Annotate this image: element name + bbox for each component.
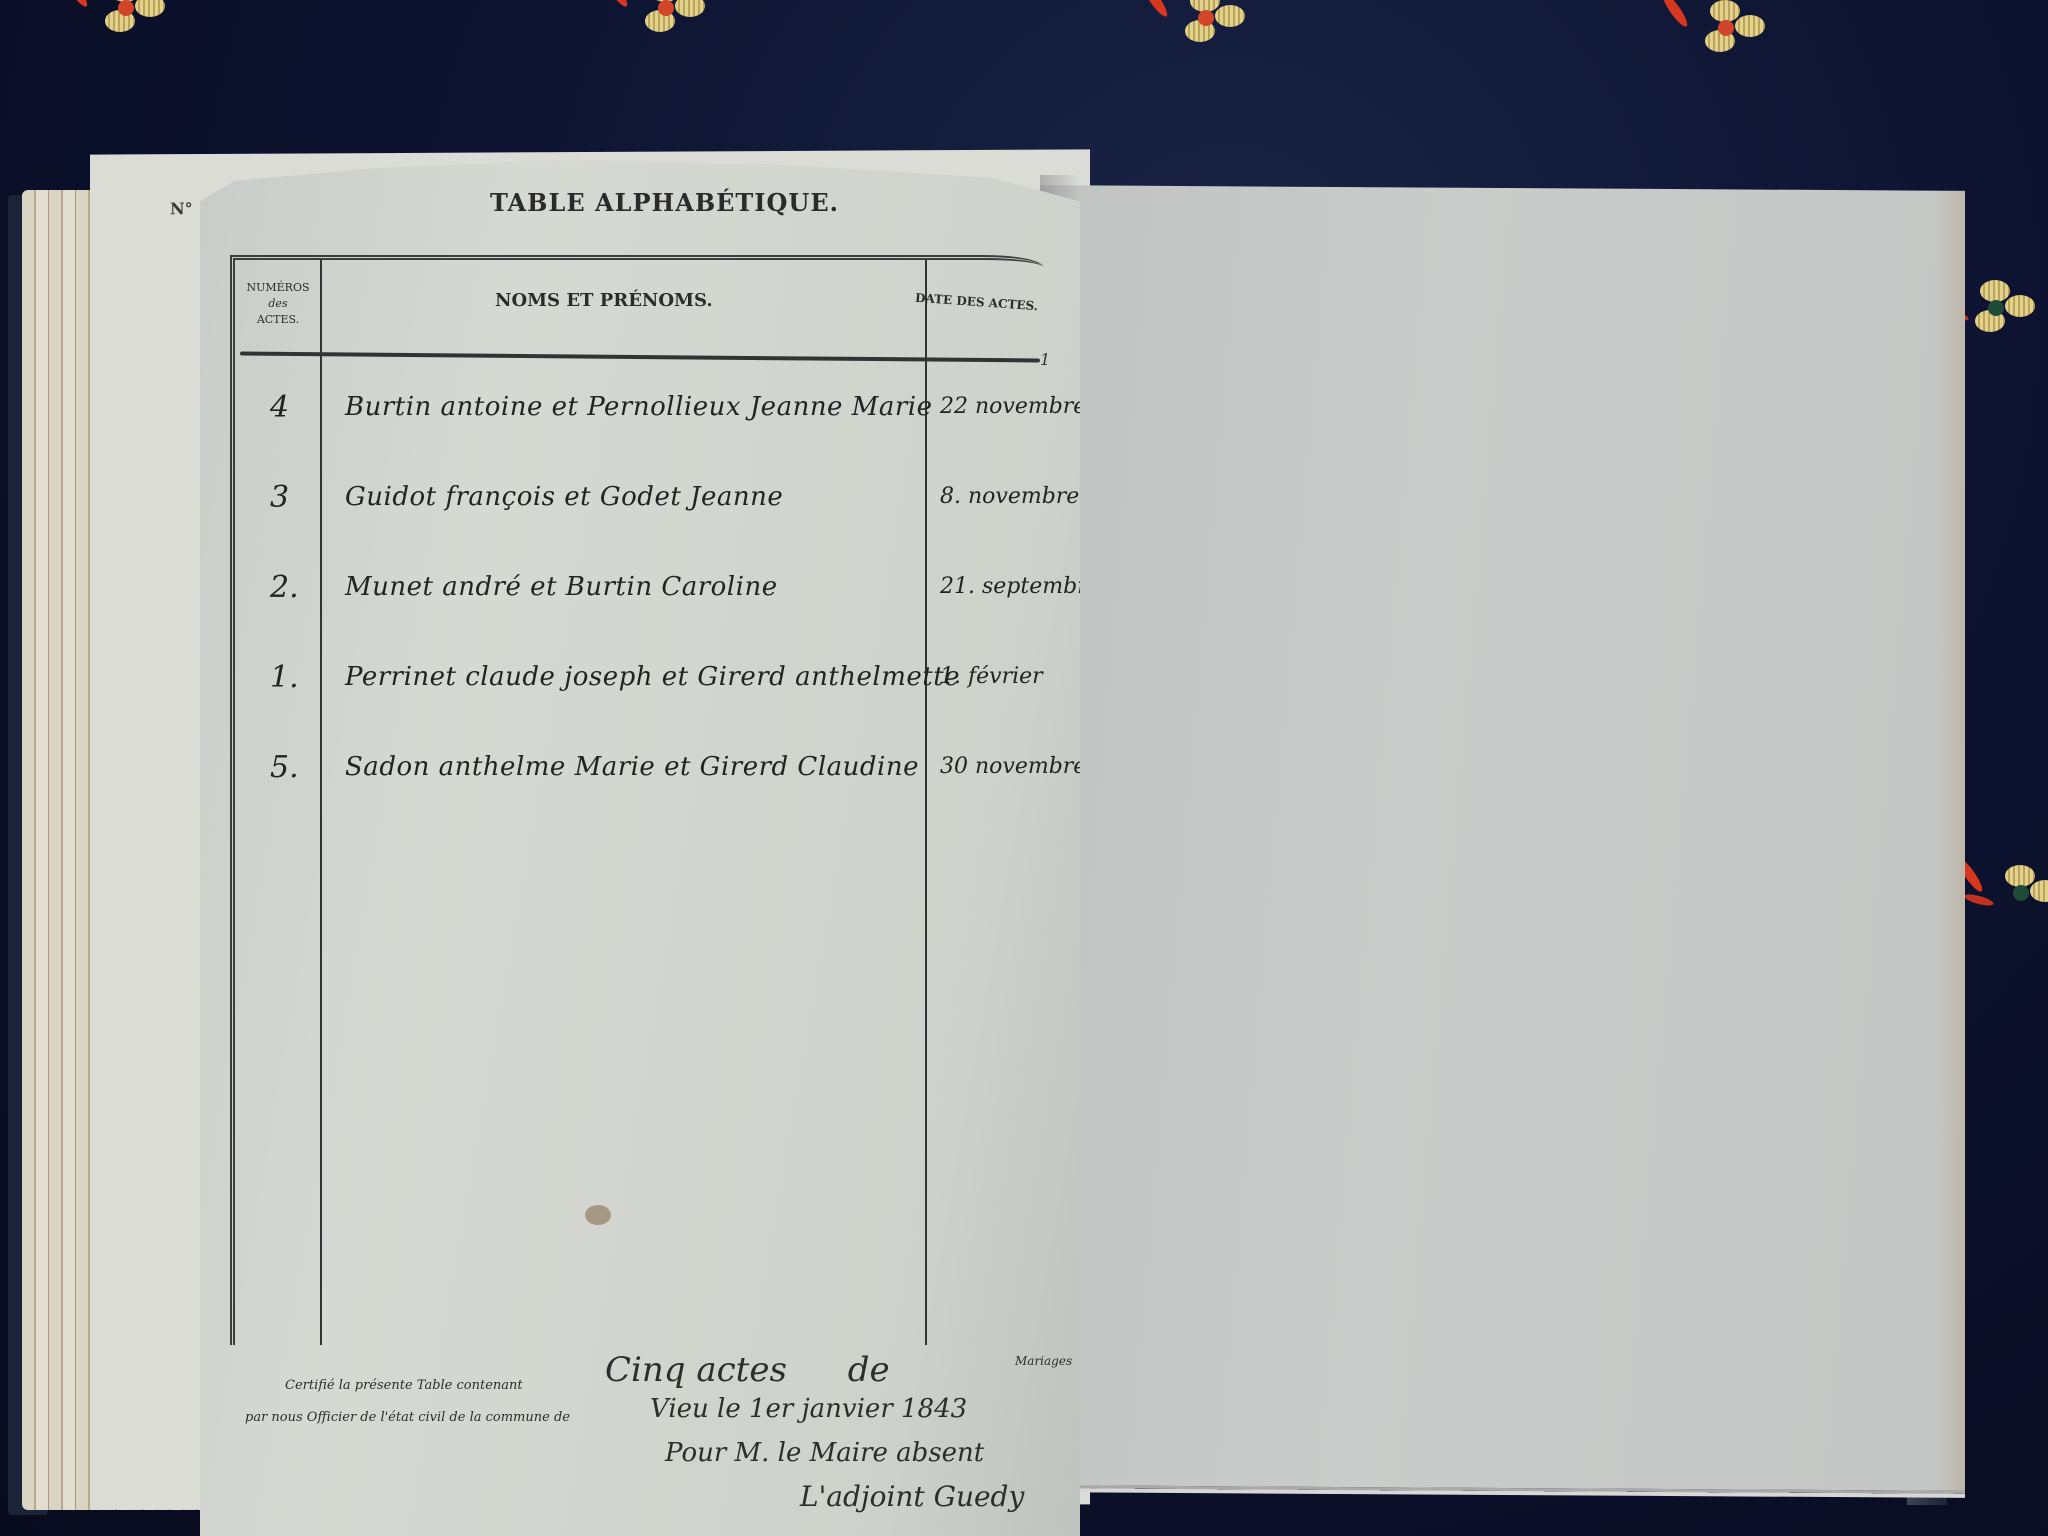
cert-printed-line-2: par nous Officier de l'état civil de la … xyxy=(245,1410,570,1425)
header-line: NUMÉROS xyxy=(243,280,313,296)
signature-line-2: L'adjoint Guedy xyxy=(800,1480,1024,1513)
spouse-names: Perrinet claude joseph et Girerd anthelm… xyxy=(345,662,960,692)
fabric-flower-icon xyxy=(1140,0,1250,60)
fabric-flower-icon xyxy=(60,0,170,50)
cert-marriages-label: Mariages xyxy=(1015,1354,1072,1368)
table-row: 2. Munet andré et Burtin Caroline 21. se… xyxy=(235,560,1043,620)
corner-mark: 1 xyxy=(1040,350,1050,369)
act-count: Cinq actes xyxy=(605,1350,787,1390)
act-date: 21. septembre xyxy=(940,574,1101,599)
spouse-names: Guidot françois et Godet Jeanne xyxy=(345,482,783,512)
header-divider xyxy=(240,352,1040,363)
number-label: N° xyxy=(170,199,193,218)
act-number: 4 xyxy=(270,390,289,425)
spouse-names: Burtin antoine et Pernollieux Jeanne Mar… xyxy=(345,392,932,422)
register-table: NUMÉROS des ACTES. NOMS ET PRÉNOMS. DATE… xyxy=(230,255,1043,1345)
table-row: 1. Perrinet claude joseph et Girerd anth… xyxy=(235,650,1043,710)
act-date: 22 novembre xyxy=(940,394,1086,419)
spouse-names: Sadon anthelme Marie et Girerd Claudine xyxy=(345,752,919,782)
act-number: 1. xyxy=(270,660,299,695)
act-number: 5. xyxy=(270,750,299,785)
act-number: 2. xyxy=(270,570,299,605)
table-row: 5. Sadon anthelme Marie et Girerd Claudi… xyxy=(235,740,1043,800)
table-row: 4 Burtin antoine et Pernollieux Jeanne M… xyxy=(235,380,1043,440)
spouse-names: Munet andré et Burtin Caroline xyxy=(345,572,778,602)
act-date: 30 novembre xyxy=(940,754,1086,779)
right-blank-page xyxy=(1040,185,1965,1494)
de-word: de xyxy=(848,1350,890,1390)
ink-stain xyxy=(585,1205,611,1225)
column-header-names: NOMS ET PRÉNOMS. xyxy=(495,290,713,311)
cert-place-date: Vieu le 1er janvier 1843 xyxy=(650,1394,967,1424)
act-date: 8. novembre xyxy=(940,484,1079,509)
fabric-flower-icon xyxy=(600,0,710,50)
cert-printed-line-1: Certifié la présente Table contenant xyxy=(285,1378,523,1393)
left-register-page: TABLE ALPHABÉTIQUE. NUMÉROS des ACTES. N… xyxy=(200,160,1080,1536)
column-header-date: DATE DES ACTES. xyxy=(915,291,1039,314)
table-row: 3 Guidot françois et Godet Jeanne 8. nov… xyxy=(235,470,1043,530)
page-title: TABLE ALPHABÉTIQUE. xyxy=(490,188,839,217)
header-line: des xyxy=(243,296,313,312)
cert-handwritten-count: Cinq actes de xyxy=(605,1350,890,1390)
fabric-flower-icon xyxy=(1660,0,1770,70)
header-line: ACTES. xyxy=(243,312,313,328)
fabric-flower-icon xyxy=(1955,855,2048,935)
act-date: 1. février xyxy=(940,664,1043,689)
act-number: 3 xyxy=(270,480,289,515)
page-foxing xyxy=(1935,191,1965,1491)
column-header-numbers: NUMÉROS des ACTES. xyxy=(243,280,313,328)
signature-line-1: Pour M. le Maire absent xyxy=(665,1438,984,1468)
